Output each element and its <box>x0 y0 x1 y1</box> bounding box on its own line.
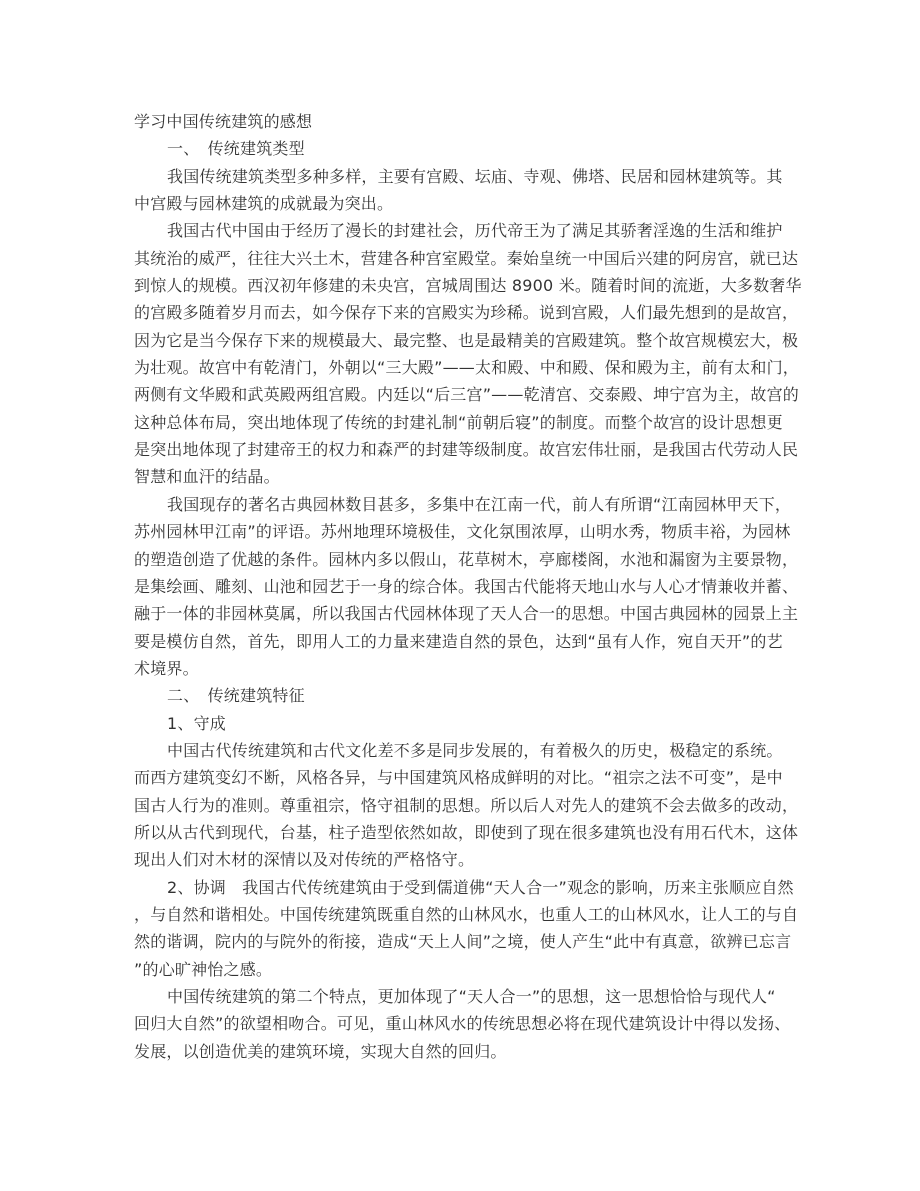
text-line: 中国古代传统建筑和古代文化差不多是同步发展的，有着极久的历史，极稳定的系统。 <box>134 737 800 764</box>
text-line: 要是模仿自然，首先，即用人工的力量来建造自然的景色，达到“虽有人作，宛自天开”的… <box>134 628 800 655</box>
text-line: 而西方建筑变幻不断，风格各异，与中国建筑风格成鲜明的对比。“祖宗之法不可变”，是… <box>134 764 800 791</box>
text-line: 智慧和血汗的结晶。 <box>134 463 800 490</box>
body-paragraph: 我国古代中国由于经历了漫长的封建社会，历代帝王为了满足其骄奢淫逸的生活和维护其统… <box>134 217 800 490</box>
text-line: 的塑造创造了优越的条件。园林内多以假山，花草树木，亭廊楼阁，水池和漏窗为主要景物… <box>134 546 800 573</box>
body-paragraph: 我国现存的著名古典园林数目甚多，多集中在江南一代，前人有所谓“江南园林甲天下，苏… <box>134 491 800 682</box>
text-line: 是集绘画、雕刻、山池和园艺于一身的综合体。我国古代能将天地山水与人心才情兼收并蓄… <box>134 573 800 600</box>
text-line: ”的心旷神怡之感。 <box>134 956 800 983</box>
text-line: 为壮观。故宫中有乾清门，外朝以“三大殿”——太和殿、中和殿、保和殿为主，前有太和… <box>134 354 800 381</box>
document-page: 学习中国传统建筑的感想一、 传统建筑类型我国传统建筑类型多种多样，主要有宫殿、坛… <box>0 0 920 1191</box>
text-line: 学习中国传统建筑的感想 <box>134 108 800 135</box>
text-line: 两侧有文华殿和武英殿两组宫殿。内廷以“后三宫”——乾清宫、交泰殿、坤宁宫为主，故… <box>134 381 800 408</box>
text-line: 国古人行为的准则。尊重祖宗，恪守祖制的思想。所以后人对先人的建筑不会去做多的改动… <box>134 792 800 819</box>
text-line: 到惊人的规模。西汉初年修建的未央宫，宫城周围达 8900 米。随着时间的流逝，大… <box>134 272 800 299</box>
body-paragraph: 中国传统建筑的第二个特点，更加体现了“天人合一”的思想，这一思想恰恰与现代人“回… <box>134 983 800 1065</box>
text-line: 发展，以创造优美的建筑环境，实现大自然的回归。 <box>134 1038 800 1065</box>
text-line: 这种总体布局，突出地体现了传统的封建礼制“前朝后寝”的制度。而整个故宫的设计思想… <box>134 409 800 436</box>
section-heading: 1、守成 <box>134 710 800 737</box>
text-line: 的宫殿多随着岁月而去，如今保存下来的宫殿实为珍稀。说到宫殿，人们最先想到的是故宫… <box>134 299 800 326</box>
document-title: 学习中国传统建筑的感想 <box>134 108 800 135</box>
text-line: 一、 传统建筑类型 <box>134 135 800 162</box>
text-line: 二、 传统建筑特征 <box>134 682 800 709</box>
text-line: 我国传统建筑类型多种多样，主要有宫殿、坛庙、寺观、佛塔、民居和园林建筑等。其 <box>134 163 800 190</box>
text-line: 因为它是当今保存下来的规模最大、最完整、也是最精美的宫殿建筑。整个故宫规模宏大，… <box>134 327 800 354</box>
text-line: 是突出地体现了封建帝王的权力和森严的封建等级制度。故宫宏伟壮丽，是我国古代劳动人… <box>134 436 800 463</box>
body-paragraph: 中国古代传统建筑和古代文化差不多是同步发展的，有着极久的历史，极稳定的系统。而西… <box>134 737 800 874</box>
text-line: 其统治的威严，往往大兴土木，营建各种宫室殿堂。秦始皇统一中国后兴建的阿房宫，就已… <box>134 245 800 272</box>
text-line: 2、协调 我国古代传统建筑由于受到儒道佛“天人合一”观念的影响，历来主张顺应自然 <box>134 874 800 901</box>
text-line: 所以从古代到现代，台基，柱子造型依然如故，即使到了现在很多建筑也没有用石代木，这… <box>134 819 800 846</box>
text-line: 中宫殿与园林建筑的成就最为突出。 <box>134 190 800 217</box>
body-paragraph: 2、协调 我国古代传统建筑由于受到儒道佛“天人合一”观念的影响，历来主张顺应自然… <box>134 874 800 983</box>
text-line: ，与自然和谐相处。中国传统建筑既重自然的山林风水，也重人工的山林风水，让人工的与… <box>134 901 800 928</box>
text-line: 中国传统建筑的第二个特点，更加体现了“天人合一”的思想，这一思想恰恰与现代人“ <box>134 983 800 1010</box>
text-line: 现出人们对木材的深情以及对传统的严格恪守。 <box>134 846 800 873</box>
text-line: 回归大自然”的欲望相吻合。可见，重山林风水的传统思想必将在现代建筑设计中得以发扬… <box>134 1010 800 1037</box>
text-block: 学习中国传统建筑的感想一、 传统建筑类型我国传统建筑类型多种多样，主要有宫殿、坛… <box>134 108 800 1065</box>
text-line: 术境界。 <box>134 655 800 682</box>
text-line: 我国古代中国由于经历了漫长的封建社会，历代帝王为了满足其骄奢淫逸的生活和维护 <box>134 217 800 244</box>
section-heading: 一、 传统建筑类型 <box>134 135 800 162</box>
text-line: 我国现存的著名古典园林数目甚多，多集中在江南一代，前人有所谓“江南园林甲天下， <box>134 491 800 518</box>
text-line: 然的谐调，院内的与院外的衔接，造成“天上人间”之境，使人产生“此中有真意，欲辨已… <box>134 928 800 955</box>
text-line: 融于一体的非园林莫属，所以我国古代园林体现了天人合一的思想。中国古典园林的园景上… <box>134 600 800 627</box>
section-heading: 二、 传统建筑特征 <box>134 682 800 709</box>
text-line: 苏州园林甲江南”的评语。苏州地理环境极佳，文化氛围浓厚，山明水秀，物质丰裕，为园… <box>134 518 800 545</box>
body-paragraph: 我国传统建筑类型多种多样，主要有宫殿、坛庙、寺观、佛塔、民居和园林建筑等。其中宫… <box>134 163 800 218</box>
text-line: 1、守成 <box>134 710 800 737</box>
